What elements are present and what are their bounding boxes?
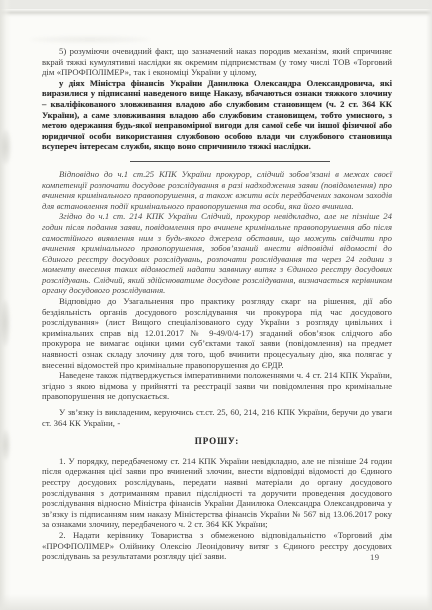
request-item-1: 1. У порядку, передбаченому ст. 214 КПК … <box>42 456 392 530</box>
scan-smudge <box>1 130 11 164</box>
scan-artifact-bottom-edge <box>0 594 432 610</box>
request-heading: ПРОШУ: <box>42 436 392 447</box>
paragraph-generalization: Відповідно до Узагальнення про практику … <box>42 296 392 370</box>
paragraph-accusation: у діях Міністра фінансів України Данилюк… <box>42 78 392 152</box>
paragraph-imperative: Наведене також підтверджується імператив… <box>42 370 392 402</box>
page-number: 19 <box>370 552 380 562</box>
document-page: 5) розуміючи очевидний факт, що зазначен… <box>0 0 432 610</box>
scan-smudge <box>2 430 10 460</box>
scan-smudge <box>30 36 150 43</box>
scan-artifact-top-band <box>0 0 432 9</box>
request-item-2: 2. Надати керівнику Товариства з обмежен… <box>42 530 392 562</box>
section-divider <box>130 161 330 162</box>
document-body: 5) розуміючи очевидний факт, що зазначен… <box>42 46 392 562</box>
scan-artifact-top-streak <box>0 9 432 17</box>
scan-smudge <box>1 300 10 346</box>
legal-quote-art25: Відповідно до ч.1 ст.25 КПК України прок… <box>42 169 392 211</box>
paragraph-conclusion: У зв’язку із викладеним, керуючись ст.ст… <box>42 407 392 428</box>
legal-quote-art214: Згідно до ч.1 ст. 214 КПК України Слідчи… <box>42 211 392 296</box>
scan-artifact-right-edge <box>426 0 432 610</box>
paragraph-item-5: 5) розуміючи очевидний факт, що зазначен… <box>42 46 392 78</box>
